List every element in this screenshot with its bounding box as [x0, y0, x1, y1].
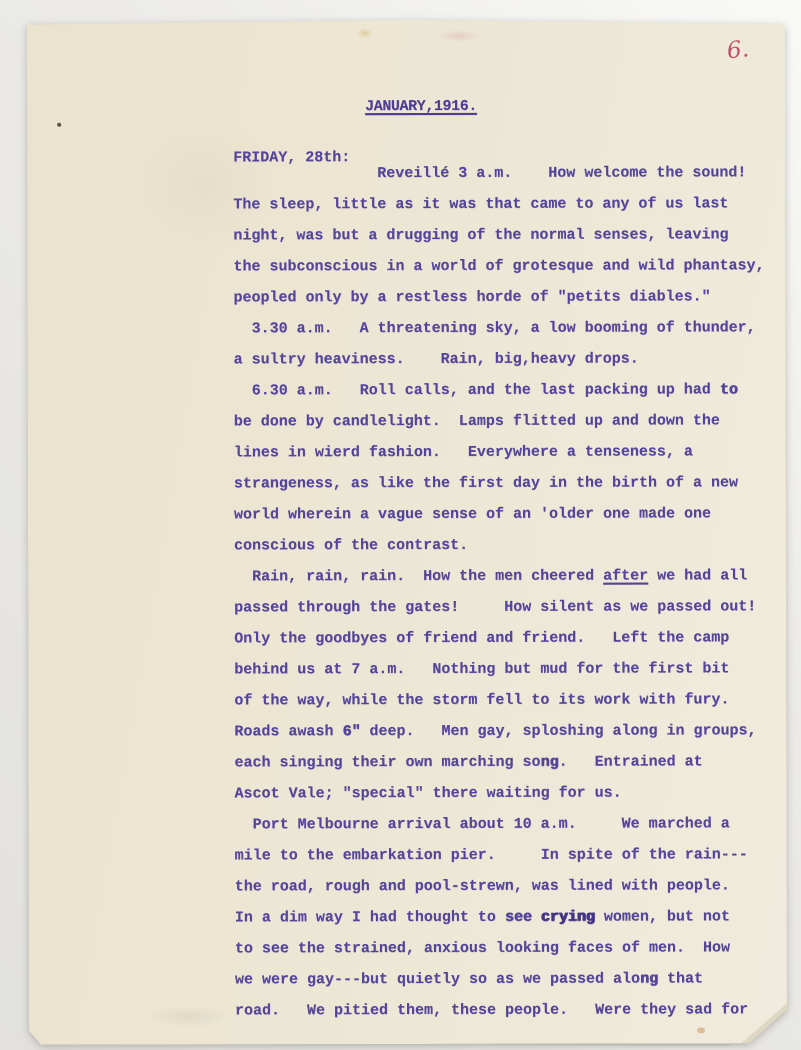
- typed-line: a sultry heaviness. Rain, big,heavy drop…: [234, 343, 765, 375]
- typed-line: strangeness, as like the first day in th…: [234, 467, 765, 499]
- paper-stain: [439, 30, 479, 42]
- paper-stain: [149, 1005, 229, 1027]
- diary-page: 6. JANUARY,1916. FRIDAY, 28th: Reveillé …: [27, 19, 787, 1045]
- typed-line: peopled only by a restless horde of "pet…: [233, 281, 764, 313]
- typed-line: night, was but a drugging of the normal …: [233, 219, 764, 251]
- paper-stain: [357, 28, 373, 38]
- page-title: JANUARY,1916.: [365, 98, 477, 115]
- typed-line: the subconscious in a world of grotesque…: [233, 250, 764, 282]
- typed-line: In a dim way I had thought to see crying…: [235, 901, 766, 933]
- typed-line: The sleep, little as it was that came to…: [233, 188, 764, 220]
- typed-line: behind us at 7 a.m. Nothing but mud for …: [234, 653, 765, 685]
- typed-line: conscious of the contrast.: [234, 529, 765, 561]
- paper-stain: [697, 1027, 705, 1033]
- typed-line: world wherein a vague sense of an 'older…: [234, 498, 765, 530]
- typed-line: passed through the gates! How silent as …: [234, 591, 765, 623]
- typed-line: to see the strained, anxious looking fac…: [235, 932, 766, 964]
- typed-line: Rain, rain, rain. How the men cheered af…: [234, 560, 765, 592]
- typed-line: Roads awash 6" deep. Men gay, sploshing …: [234, 715, 765, 747]
- typed-line: 6.30 a.m. Roll calls, and the last packi…: [234, 374, 765, 406]
- typed-line: Reveillé 3 a.m. How welcome the sound!: [233, 157, 764, 189]
- typed-line: road. We pitied them, these people. Were…: [235, 994, 766, 1026]
- typed-line: each singing their own marching song. En…: [234, 746, 765, 778]
- typed-line: Port Melbourne arrival about 10 a.m. We …: [235, 808, 766, 840]
- typed-line: of the way, while the storm fell to its …: [234, 684, 765, 716]
- typed-line: we were gay---but quietly so as we passe…: [235, 963, 766, 995]
- paper-speck: [57, 123, 61, 127]
- paper-shadow: 6. JANUARY,1916. FRIDAY, 28th: Reveillé …: [14, 10, 772, 1034]
- typed-line: be done by candlelight. Lamps flitted up…: [234, 405, 765, 437]
- typed-lines: Reveillé 3 a.m. How welcome the sound!Th…: [233, 157, 766, 1026]
- typed-line: the road, rough and pool-strewn, was lin…: [235, 870, 766, 902]
- handwritten-page-number: 6.: [726, 36, 751, 64]
- typed-line: 3.30 a.m. A threatening sky, a low boomi…: [234, 312, 765, 344]
- typed-line: lines in wierd fashion. Everywhere a ten…: [234, 436, 765, 468]
- typed-line: Ascot Vale; "special" there waiting for …: [235, 777, 766, 809]
- typed-line: mile to the embarkation pier. In spite o…: [235, 839, 766, 871]
- typed-line: Only the goodbyes of friend and friend. …: [234, 622, 765, 654]
